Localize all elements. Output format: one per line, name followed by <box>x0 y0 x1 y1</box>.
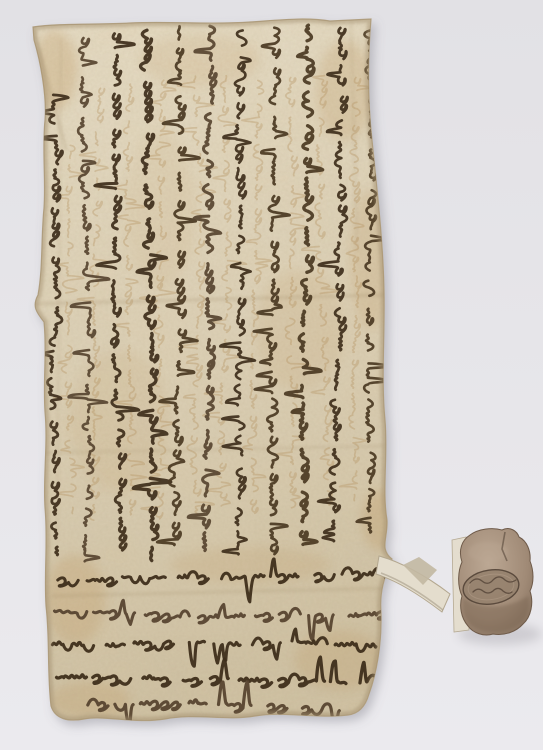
photo-of-parchment-charter: Photograph of a handwritten parchment ch… <box>0 0 543 750</box>
pendent-seal <box>459 529 533 635</box>
stain <box>45 555 105 645</box>
stain <box>170 547 330 583</box>
manuscript-scene <box>0 0 543 750</box>
parchment-surface <box>20 8 412 742</box>
stain <box>140 35 260 85</box>
